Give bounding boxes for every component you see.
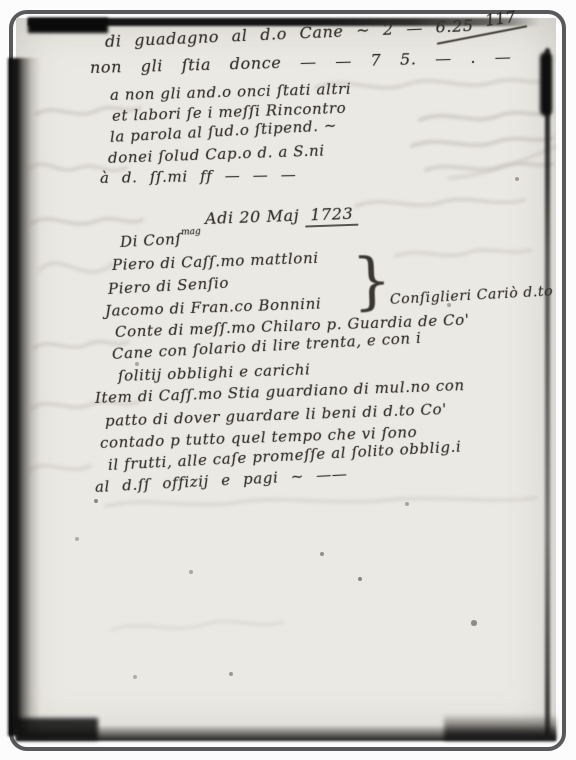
entry-heading-label: Di Conſ — [120, 230, 182, 251]
scanned-manuscript-view: 117 di guadagno al d.o Cane ~ 2 — 6.25 n… — [0, 0, 576, 760]
entry-date-prefix: Adi 20 Maj — [205, 206, 300, 228]
ink-specks — [16, 18, 18, 20]
manuscript-line: à d. ſſ.mi ff — — — — [100, 166, 297, 187]
grouping-brace: } — [351, 243, 393, 317]
manuscript-page: 117 di guadagno al d.o Cane ~ 2 — 6.25 n… — [16, 18, 556, 740]
entry-heading-superscript: mag — [181, 227, 201, 238]
entry-date-year: 1723 — [305, 204, 359, 228]
entry-heading: Di Conſmag — [119, 227, 201, 251]
entry-date: Adi 20 Maj1723 — [205, 204, 359, 228]
